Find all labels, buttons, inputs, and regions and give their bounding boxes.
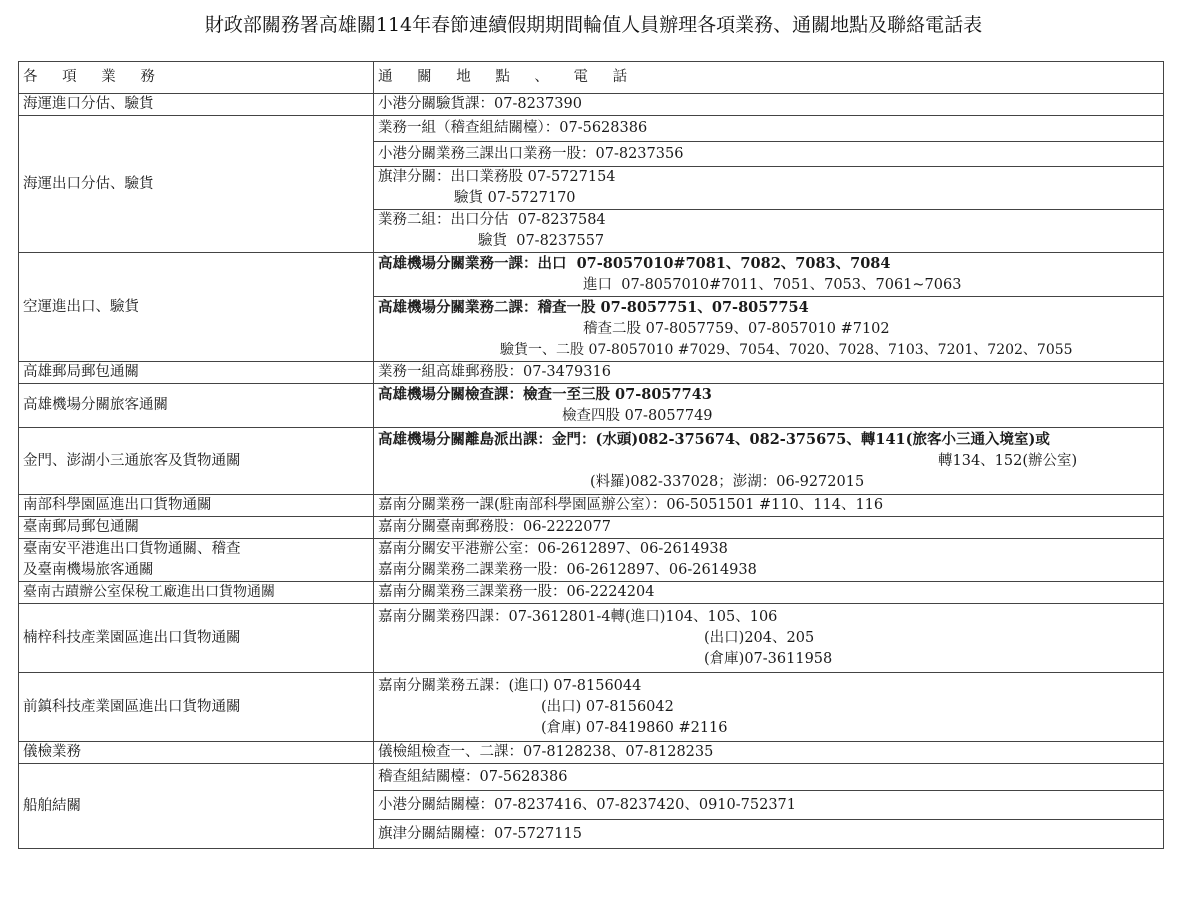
table-header-row: 各 項 業 務 通 關 地 點 、 電 話 <box>19 62 1164 94</box>
contact-line: 檢查四股 07-8057749 <box>378 406 1159 427</box>
business-cell: 前鎮科技產業園區進出口貨物通關 <box>19 673 374 742</box>
contact-line: 驗貨 07-5727170 <box>378 188 1159 209</box>
table-row: 南部科學園區進出口貨物通關 嘉南分關業務一課(駐南部科學園區辦公室）：06-50… <box>19 495 1164 517</box>
header-business: 各 項 業 務 <box>19 62 374 94</box>
contact-cell: 小港分關驗貨課：07-8237390 <box>374 94 1164 116</box>
contact-line: 高雄機場分關業務一課：出口 07-8057010#7081、7082、7083、… <box>378 253 1159 275</box>
contact-line: 嘉南分關業務四課：07-3612801-4轉(進口)104、105、106 <box>378 607 1159 628</box>
contact-line: (料羅)082-337028；澎湖：06-9272015 <box>378 472 1159 493</box>
business-cell: 臺南古蹟辦公室保稅工廠進出口貨物通關 <box>19 582 374 604</box>
table-row: 海運進口分估、驗貨 小港分關驗貨課：07-8237390 <box>19 94 1164 116</box>
business-cell: 臺南安平港進出口貨物通關、稽查 及臺南機場旅客通關 <box>19 539 374 582</box>
contact-cell: 嘉南分關業務一課(駐南部科學園區辦公室）：06-5051501 #110、114… <box>374 495 1164 517</box>
table-row: 高雄郵局郵包通關 業務一組高雄郵務股：07-3479316 <box>19 362 1164 384</box>
contact-line: 嘉南分關業務二課業務一股：06-2612897、06-2614938 <box>378 560 1159 581</box>
contact-cell: 高雄機場分關檢查課：檢查一至三股 07-8057743 檢查四股 07-8057… <box>374 384 1164 428</box>
contact-cell: 嘉南分關臺南郵務股：06-2222077 <box>374 517 1164 539</box>
contact-line: 嘉南分關業務五課：(進口) 07-8156044 <box>378 676 1159 697</box>
contact-line: 高雄機場分關離島派出課：金門：(水頭)082-375674、082-375675… <box>378 429 1159 451</box>
business-cell: 儀檢業務 <box>19 742 374 764</box>
table-row: 臺南安平港進出口貨物通關、稽查 及臺南機場旅客通關 嘉南分關安平港辦公室：06-… <box>19 539 1164 582</box>
contact-cell: 嘉南分關業務五課：(進口) 07-8156044 (出口) 07-8156042… <box>374 673 1164 742</box>
business-cell: 楠梓科技產業園區進出口貨物通關 <box>19 604 374 673</box>
contact-line: 稽查二股 07-8057759、07-8057010 #7102 <box>378 319 1159 340</box>
business-cell: 海運進口分估、驗貨 <box>19 94 374 116</box>
contact-line: 業務二組：出口分估 07-8237584 <box>378 210 1159 231</box>
business-cell: 空運進出口、驗貨 <box>19 253 374 362</box>
contact-cell: 高雄機場分關業務二課：稽查一股 07-8057751、07-8057754 稽查… <box>374 297 1164 362</box>
contact-cell: 高雄機場分關離島派出課：金門：(水頭)082-375674、082-375675… <box>374 428 1164 495</box>
table-row: 儀檢業務 儀檢組檢查一、二課：07-8128238、07-8128235 <box>19 742 1164 764</box>
contact-cell: 小港分關結關檯：07-8237416、07-8237420、0910-75237… <box>374 791 1164 820</box>
contact-cell: 旗津分關結關檯：07-5727115 <box>374 820 1164 849</box>
table-row: 臺南古蹟辦公室保稅工廠進出口貨物通關 嘉南分關業務三課業務一股：06-22242… <box>19 582 1164 604</box>
business-line: 臺南安平港進出口貨物通關、稽查 <box>23 539 369 560</box>
business-line: 及臺南機場旅客通關 <box>23 560 369 581</box>
contact-cell: 嘉南分關業務三課業務一股：06-2224204 <box>374 582 1164 604</box>
contact-cell: 業務一組高雄郵務股：07-3479316 <box>374 362 1164 384</box>
contact-line: 進口 07-8057010#7011、7051、7053、7061~7063 <box>378 275 1159 296</box>
contact-line: (倉庫) 07-8419860 #2116 <box>378 718 1159 739</box>
table-row: 空運進出口、驗貨 高雄機場分關業務一課：出口 07-8057010#7081、7… <box>19 253 1164 297</box>
contact-line: (出口)204、205 <box>378 628 1159 649</box>
contact-cell: 高雄機場分關業務一課：出口 07-8057010#7081、7082、7083、… <box>374 253 1164 297</box>
business-cell: 高雄郵局郵包通關 <box>19 362 374 384</box>
document-title: 財政部關務署高雄關114年春節連續假期期間輪值人員辦理各項業務、通關地點及聯絡電… <box>0 10 1187 37</box>
contact-cell: 業務二組：出口分估 07-8237584 驗貨 07-8237557 <box>374 210 1164 253</box>
contact-line: (出口) 07-8156042 <box>378 697 1159 718</box>
contact-line: 高雄機場分關業務二課：稽查一股 07-8057751、07-8057754 <box>378 297 1159 319</box>
business-cell: 南部科學園區進出口貨物通關 <box>19 495 374 517</box>
table-row: 船舶結關 稽查組結關檯：07-5628386 <box>19 764 1164 791</box>
contact-cell: 稽查組結關檯：07-5628386 <box>374 764 1164 791</box>
contact-cell: 業務一組（稽查組結關檯）：07-5628386 <box>374 116 1164 142</box>
contact-table: 各 項 業 務 通 關 地 點 、 電 話 海運進口分估、驗貨 小港分關驗貨課：… <box>18 61 1164 849</box>
contact-line: (倉庫)07-3611958 <box>378 649 1159 670</box>
contact-line: 旗津分關：出口業務股 07-5727154 <box>378 167 1159 188</box>
contact-cell: 嘉南分關安平港辦公室：06-2612897、06-2614938 嘉南分關業務二… <box>374 539 1164 582</box>
table-row: 楠梓科技產業園區進出口貨物通關 嘉南分關業務四課：07-3612801-4轉(進… <box>19 604 1164 673</box>
table-row: 高雄機場分關旅客通關 高雄機場分關檢查課：檢查一至三股 07-8057743 檢… <box>19 384 1164 428</box>
contact-line: 嘉南分關安平港辦公室：06-2612897、06-2614938 <box>378 539 1159 560</box>
contact-cell: 儀檢組檢查一、二課：07-8128238、07-8128235 <box>374 742 1164 764</box>
contact-line: 驗貨 07-8237557 <box>378 231 1159 252</box>
table-row: 前鎮科技產業園區進出口貨物通關 嘉南分關業務五課：(進口) 07-8156044… <box>19 673 1164 742</box>
table-row: 海運出口分估、驗貨 業務一組（稽查組結關檯）：07-5628386 <box>19 116 1164 142</box>
contact-cell: 嘉南分關業務四課：07-3612801-4轉(進口)104、105、106 (出… <box>374 604 1164 673</box>
contact-cell: 小港分關業務三課出口業務一股：07-8237356 <box>374 142 1164 167</box>
business-cell: 海運出口分估、驗貨 <box>19 116 374 253</box>
contact-cell: 旗津分關：出口業務股 07-5727154 驗貨 07-5727170 <box>374 167 1164 210</box>
contact-line: 高雄機場分關檢查課：檢查一至三股 07-8057743 <box>378 384 1159 406</box>
contact-line: 轉134、152(辦公室) <box>378 451 1159 472</box>
table-row: 金門、澎湖小三通旅客及貨物通關 高雄機場分關離島派出課：金門：(水頭)082-3… <box>19 428 1164 495</box>
business-cell: 臺南郵局郵包通關 <box>19 517 374 539</box>
contact-line: 驗貨一、二股 07-8057010 #7029、7054、7020、7028、7… <box>378 340 1159 361</box>
business-cell: 高雄機場分關旅客通關 <box>19 384 374 428</box>
header-location-phone: 通 關 地 點 、 電 話 <box>374 62 1164 94</box>
business-cell: 船舶結關 <box>19 764 374 849</box>
business-cell: 金門、澎湖小三通旅客及貨物通關 <box>19 428 374 495</box>
table-row: 臺南郵局郵包通關 嘉南分關臺南郵務股：06-2222077 <box>19 517 1164 539</box>
